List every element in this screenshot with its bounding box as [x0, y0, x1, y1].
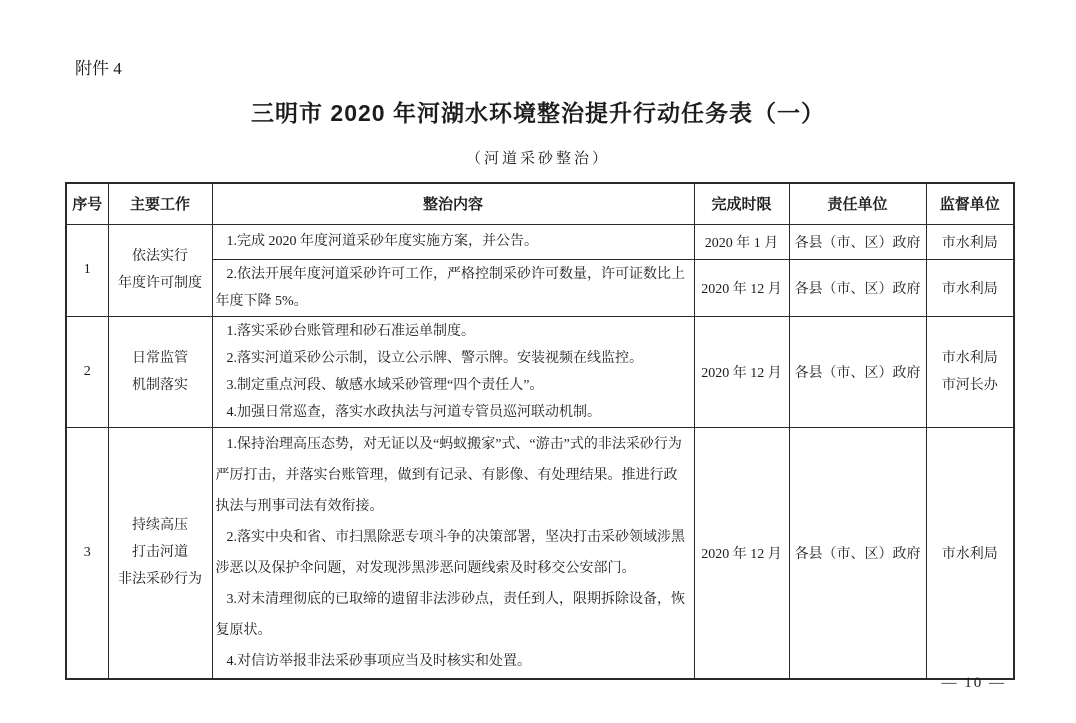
header-supervising-unit: 监督单位 — [926, 183, 1014, 224]
row3-supervisor: 市水利局 — [926, 427, 1014, 679]
row3-deadline: 2020 年 12 月 — [694, 427, 789, 679]
content-paragraph: 2.落实河道采砂公示制，设立公示牌、警示牌。安装视频在线监控。 — [216, 345, 690, 372]
row3-work-line: 非法采砂行为 — [112, 566, 209, 593]
table-row-3: 3 持续高压 打击河道 非法采砂行为 1.保持治理高压态势，对无证以及“蚂蚁搬家… — [66, 427, 1014, 679]
row1-main-work: 依法实行 年度许可制度 — [108, 224, 212, 316]
row1-item1-deadline: 2020 年 1 月 — [694, 224, 789, 259]
row1-item1-content: 1.完成 2020 年度河道采砂年度实施方案，并公告。 — [212, 224, 694, 259]
row3-content: 1.保持治理高压态势，对无证以及“蚂蚁搬家”式、“游击”式的非法采砂行为严厉打击… — [212, 427, 694, 679]
row1-item2-content: 2.依法开展年度河道采砂许可工作，严格控制采砂许可数量，许可证数比上年度下降 5… — [212, 259, 694, 316]
header-seq: 序号 — [66, 183, 108, 224]
row3-work-line: 打击河道 — [112, 539, 209, 566]
row1-item2-supervisor: 市水利局 — [926, 259, 1014, 316]
content-paragraph: 4.对信访举报非法采砂事项应当及时核实和处置。 — [216, 646, 690, 677]
header-deadline: 完成时限 — [694, 183, 789, 224]
row2-main-work: 日常监管 机制落实 — [108, 316, 212, 427]
content-paragraph: 1.保持治理高压态势，对无证以及“蚂蚁搬家”式、“游击”式的非法采砂行为严厉打击… — [216, 429, 690, 522]
table-header-row: 序号 主要工作 整治内容 完成时限 责任单位 监督单位 — [66, 183, 1014, 224]
row3-responsible: 各县（市、区）政府 — [789, 427, 926, 679]
row2-seq: 2 — [66, 316, 108, 427]
row1-work-line: 年度许可制度 — [112, 270, 209, 297]
content-paragraph: 4.加强日常巡查，落实水政执法与河道专管员巡河联动机制。 — [216, 399, 690, 426]
row3-seq: 3 — [66, 427, 108, 679]
table-row-2: 2 日常监管 机制落实 1.落实采砂台账管理和砂石准运单制度。 2.落实河道采砂… — [66, 316, 1014, 427]
row1-item1-supervisor: 市水利局 — [926, 224, 1014, 259]
task-table: 序号 主要工作 整治内容 完成时限 责任单位 监督单位 1 依法实行 年度许可制… — [65, 182, 1015, 680]
content-paragraph: 2.落实中央和省、市扫黑除恶专项斗争的决策部署，坚决打击采砂领域涉黑涉恶以及保护… — [216, 522, 690, 584]
row2-content: 1.落实采砂台账管理和砂石准运单制度。 2.落实河道采砂公示制，设立公示牌、警示… — [212, 316, 694, 427]
row2-work-line: 机制落实 — [112, 372, 209, 399]
page-number: — 10 — — [942, 675, 1007, 692]
row2-work-line: 日常监管 — [112, 345, 209, 372]
row2-supervisor: 市水利局 市河长办 — [926, 316, 1014, 427]
header-responsible-unit: 责任单位 — [789, 183, 926, 224]
row3-main-work: 持续高压 打击河道 非法采砂行为 — [108, 427, 212, 679]
document-page: 附件 4 三明市 2020 年河湖水环境整治提升行动任务表（一） （河道采砂整治… — [0, 0, 1076, 723]
attachment-label: 附件 4 — [75, 54, 122, 79]
row1-work-line: 依法实行 — [112, 243, 209, 270]
row1-item1-responsible: 各县（市、区）政府 — [789, 224, 926, 259]
table-row-1a: 1 依法实行 年度许可制度 1.完成 2020 年度河道采砂年度实施方案，并公告… — [66, 224, 1014, 259]
header-main-work: 主要工作 — [108, 183, 212, 224]
row2-responsible: 各县（市、区）政府 — [789, 316, 926, 427]
content-paragraph: 2.依法开展年度河道采砂许可工作，严格控制采砂许可数量，许可证数比上年度下降 5… — [216, 261, 690, 315]
row3-work-line: 持续高压 — [112, 512, 209, 539]
row1-item2-deadline: 2020 年 12 月 — [694, 259, 789, 316]
content-paragraph: 3.制定重点河段、敏感水域采砂管理“四个责任人”。 — [216, 372, 690, 399]
content-paragraph: 3.对未清理彻底的已取缔的遗留非法涉砂点，责任到人，限期拆除设备，恢复原状。 — [216, 584, 690, 646]
document-subtitle: （河道采砂整治） — [0, 147, 1076, 168]
header-content: 整治内容 — [212, 183, 694, 224]
row2-supervisor-line: 市河长办 — [930, 372, 1011, 399]
row1-seq: 1 — [66, 224, 108, 316]
document-title: 三明市 2020 年河湖水环境整治提升行动任务表（一） — [0, 95, 1076, 128]
row1-item2-responsible: 各县（市、区）政府 — [789, 259, 926, 316]
row2-deadline: 2020 年 12 月 — [694, 316, 789, 427]
content-paragraph: 1.落实采砂台账管理和砂石准运单制度。 — [216, 318, 690, 345]
row2-supervisor-line: 市水利局 — [930, 345, 1011, 372]
content-paragraph: 1.完成 2020 年度河道采砂年度实施方案，并公告。 — [216, 228, 690, 255]
